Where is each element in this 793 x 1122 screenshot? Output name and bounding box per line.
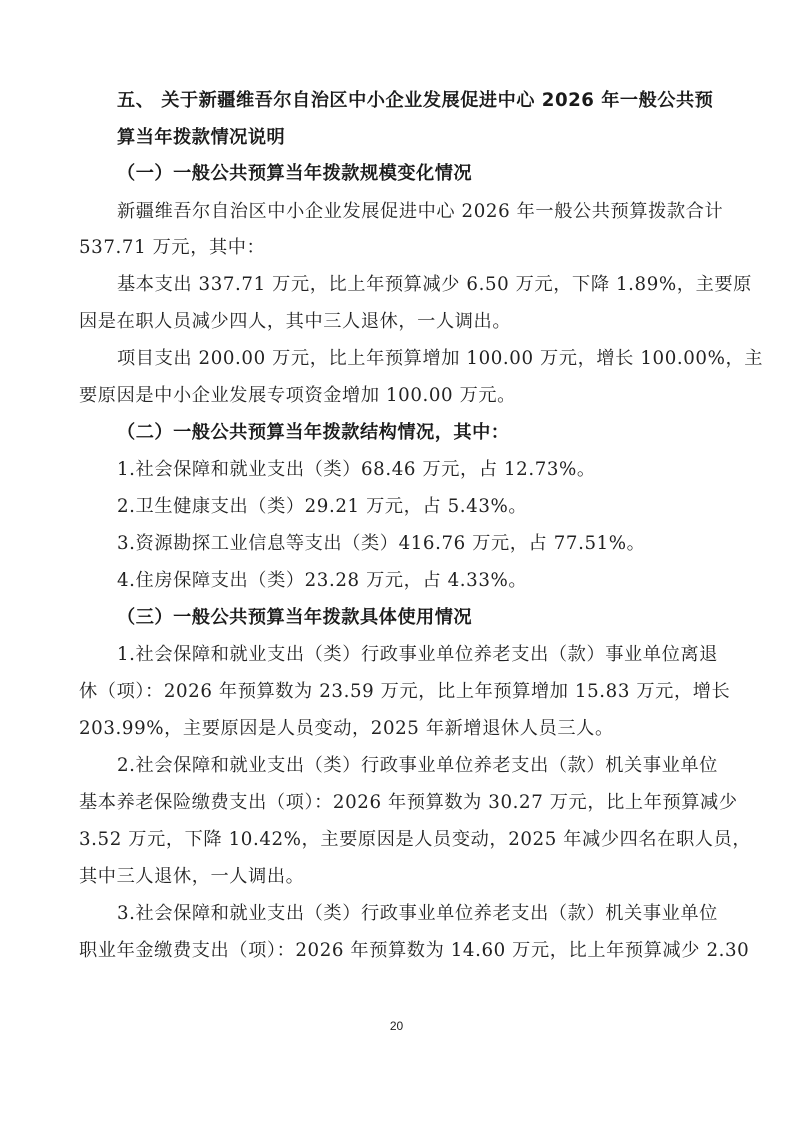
paragraph-line: 537.71 万元，其中： [79,236,265,260]
subsection-heading: （三）一般公共预算当年拨款具体使用情况 [117,606,472,630]
list-item: 4.住房保障支出（类）23.28 万元，占 4.33%。 [117,569,527,593]
paragraph-line: 休（项）：2026 年预算数为 23.59 万元，比上年预算增加 15.83 万… [79,680,730,704]
list-item: 2.卫生健康支出（类）29.21 万元，占 5.43%。 [117,495,527,519]
paragraph-line: 因是在职人员减少四人，其中三人退休，一人调出。 [79,310,511,334]
paragraph-line: 基本支出 337.71 万元，比上年预算减少 6.50 万元，下降 1.89%，… [117,273,752,297]
paragraph-line: 3.52 万元，下降 10.42%，主要原因是人员变动，2025 年减少四名在职… [79,828,751,852]
paragraph-line: 新疆维吾尔自治区中小企业发展促进中心 2026 年一般公共预算拨款合计 [117,200,723,224]
paragraph-line: 职业年金缴费支出（项）：2026 年预算数为 14.60 万元，比上年预算减少 … [79,939,749,963]
subsection-heading: （二）一般公共预算当年拨款结构情况，其中： [117,421,509,445]
paragraph-line: 203.99%，主要原因是人员变动，2025 年新增退休人员三人。 [79,717,614,741]
list-item: 3.资源勘探工业信息等支出（类）416.76 万元，占 77.51%。 [117,532,645,556]
subsection-heading: （一）一般公共预算当年拨款规模变化情况 [117,162,472,186]
paragraph-line: 要原因是中小企业发展专项资金增加 100.00 万元。 [79,384,516,408]
page-number: 20 [0,1019,793,1033]
paragraph-line: 3.社会保障和就业支出（类）行政事业单位养老支出（款）机关事业单位 [117,902,718,926]
document-page: 五、 关于新疆维吾尔自治区中小企业发展促进中心 2026 年一般公共预 算当年拨… [0,0,793,1122]
paragraph-line: 1.社会保障和就业支出（类）行政事业单位养老支出（款）事业单位离退 [117,643,718,667]
paragraph-line: 2.社会保障和就业支出（类）行政事业单位养老支出（款）机关事业单位 [117,754,718,778]
paragraph-line: 项目支出 200.00 万元，比上年预算增加 100.00 万元，增长 100.… [117,347,763,371]
section-title-line-2: 算当年拨款情况说明 [117,126,285,150]
section-title-line-1: 五、 关于新疆维吾尔自治区中小企业发展促进中心 2026 年一般公共预 [117,89,713,113]
paragraph-line: 其中三人退休，一人调出。 [79,865,304,889]
list-item: 1.社会保障和就业支出（类）68.46 万元，占 12.73%。 [117,458,596,482]
paragraph-line: 基本养老保险缴费支出（项）：2026 年预算数为 30.27 万元，比上年预算减… [79,791,738,815]
